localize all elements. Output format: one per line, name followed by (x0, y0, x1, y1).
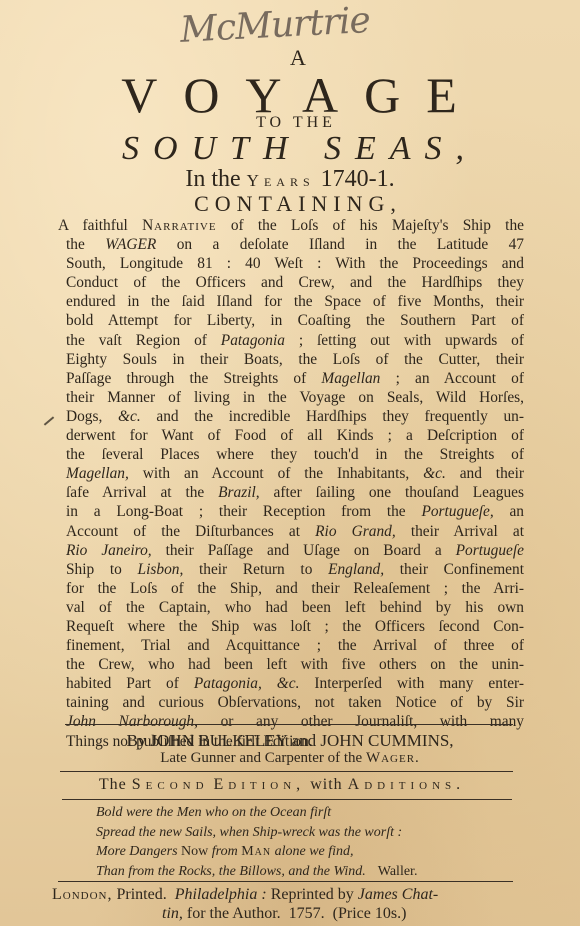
handwritten-signature: McMurtrie (179, 0, 481, 51)
author-roles-text: Late Gunner and Carpenter of the (160, 750, 362, 766)
imprint-line-2: tin, for the Author. 1757. (Price 10s.) (132, 904, 522, 923)
verse-line: Than from the Rocks, the Billows, and th… (96, 862, 516, 882)
text-segment: ſafe Arrival at the (66, 484, 218, 501)
text-segment: in a Long-Boat ; their Reception from th… (66, 503, 421, 520)
verse-fragment: alone we find, (271, 844, 353, 859)
text-segment: ; ſetting out with upwards of (285, 332, 524, 349)
text-line: endured in the ſaid Iſland for the Space… (66, 292, 524, 311)
text-segment: the (66, 236, 105, 253)
text-line: in a Long-Boat ; their Reception from th… (66, 502, 524, 521)
edition-word: Edition, (214, 776, 306, 793)
text-segment: val of the Captain, who had been left be… (66, 599, 524, 616)
verse-line: More Dangers Now from Man alone we find, (96, 842, 516, 862)
text-line: habited Part of Patagonia, &c. Interperſ… (66, 674, 524, 693)
text-line: Magellan, with an Account of the Inhabit… (66, 464, 524, 483)
pencil-mark (44, 416, 54, 425)
verse-fragment: More Dangers (96, 844, 181, 859)
text-line: the vaſt Region of Patagonia ; ſetting o… (66, 331, 524, 350)
divider-rule (62, 799, 512, 800)
verse-line: Spread the new Sails, when Ship-wreck wa… (96, 823, 516, 843)
text-segment: Lisbon, (138, 561, 184, 578)
text-segment: after ſailing one thouſand Leagues (260, 484, 524, 501)
text-line: Conduct of the Officers and Crew, and th… (66, 273, 524, 292)
text-line: the WAGER on a deſolate Iſland in the La… (66, 235, 524, 254)
text-segment: South, Longitude 81 : 40 Weſt : With the… (66, 255, 524, 272)
containing-heading: CONTAINING, (8, 191, 580, 217)
imprint-reprinted-by: Reprinted by (271, 886, 354, 903)
verse-attribution: Waller. (378, 864, 418, 879)
verse-fragment: from (208, 844, 241, 859)
text-segment: Narrative (142, 217, 217, 234)
text-segment: Patagonia (221, 332, 285, 349)
verse-fragment: Now (181, 844, 208, 859)
text-segment: their Arrival at (396, 523, 524, 540)
text-segment: on a deſolate Iſland in the Latitude 47 (156, 236, 524, 253)
text-segment: finement, Trial and Acquittance ; the Ar… (66, 637, 524, 654)
text-segment: Portugueſe (456, 542, 524, 559)
text-segment: Portugueſe, (421, 503, 493, 520)
imprint-year: 1757. (289, 905, 325, 922)
text-line: Eighty Souls in their Boats, the Loſs of… (66, 350, 524, 369)
text-segment: Brazil, (218, 484, 259, 501)
text-segment: England, (328, 561, 384, 578)
divider-rule (58, 881, 513, 882)
years-value: 1740-1. (321, 166, 395, 192)
author-roles: Late Gunner and Carpenter of the Wager. (0, 750, 580, 767)
text-segment: &c. (423, 465, 446, 482)
author-line: By JOHN BULKELEY and JOHN CUMMINS, (0, 731, 580, 751)
text-segment: their Paſſage and Uſage on Board a (152, 542, 456, 559)
edition-additions: Additions. (348, 776, 466, 793)
text-segment: the ſeveral Places where they touch'd in… (66, 446, 524, 463)
imprint-city: London, (52, 886, 113, 903)
text-segment: the Crew, who had been left with five ot… (66, 656, 524, 673)
text-segment: their Return to (183, 561, 328, 578)
epigraph-verse: Bold were the Men who on the Ocean firſt… (96, 803, 516, 881)
text-segment: and the incredible Hardſhips they freque… (141, 408, 524, 425)
text-segment: Requeſt where the Ship was loſt ; the Of… (66, 618, 524, 635)
imprint-printer: James Chat- (358, 886, 438, 903)
text-segment: Interperſed with many enter- (299, 675, 524, 692)
text-segment: Account of the Diſturbances at (66, 523, 315, 540)
text-segment: Patagonia, &c. (194, 675, 300, 692)
imprint-reprint-city: Philadelphia : (175, 886, 267, 903)
imprint-price: (Price 10s.) (333, 905, 407, 922)
title-destination: SOUTH SEAS, (10, 130, 580, 168)
imprint-for-author: for the Author. (187, 905, 281, 922)
divider-rule (65, 724, 513, 725)
text-segment: &c. (118, 408, 141, 425)
text-line: the ſeveral Places where they touch'd in… (66, 445, 524, 464)
text-line: bold Attempt for Liberty, in Coaſting th… (66, 311, 524, 330)
imprint-line-1: London, Printed. Philadelphia : Reprinte… (52, 885, 522, 904)
text-segment: Paſſage through the Streights of (66, 370, 321, 387)
text-segment: the vaſt Region of (66, 332, 221, 349)
text-segment: Dogs, (66, 408, 118, 425)
text-line: Dogs, &c. and the incredible Hardſhips t… (66, 407, 524, 426)
divider-rule (60, 771, 513, 772)
text-segment: Rio Janeiro, (66, 542, 152, 559)
text-line: Paſſage through the Streights of Magella… (66, 369, 524, 388)
text-segment: their Confinement (384, 561, 524, 578)
text-segment: Rio Grand, (315, 523, 396, 540)
text-line: John Narborough, or any other Journaliſt… (66, 712, 524, 731)
text-segment: taining and curious Obſervations, not ta… (66, 694, 524, 711)
text-segment: Magellan (321, 370, 380, 387)
text-segment: John Narborough, (66, 713, 198, 730)
text-segment: their Manner of living in the Voyage on … (66, 389, 524, 406)
text-segment: Conduct of the Officers and Crew, and th… (66, 274, 524, 291)
text-segment: ; an Account of (380, 370, 524, 387)
text-segment: endured in the ſaid Iſland for the Space… (66, 293, 524, 310)
years-prefix: In the (185, 166, 240, 192)
imprint-printer-cont: tin, (162, 905, 183, 922)
text-segment: an (494, 503, 524, 520)
text-segment: or any other Journaliſt, with many (198, 713, 524, 730)
text-line: derwent for Want of Food of all Kinds ; … (66, 426, 524, 445)
text-line: Account of the Diſturbances at Rio Grand… (66, 522, 524, 541)
text-line: ſafe Arrival at the Brazil, after ſailin… (66, 483, 524, 502)
text-segment: of the Loſs of his Majeſty's Ship the (217, 217, 524, 234)
text-segment: bold Attempt for Liberty, in Coaſting th… (66, 312, 524, 329)
edition-second: Second (132, 776, 209, 793)
title-years: In the Years 1740-1. (0, 166, 580, 193)
years-word: Years (247, 171, 315, 190)
text-line: taining and curious Obſervations, not ta… (66, 693, 524, 712)
text-line: A faithful Narrative of the Loſs of his … (58, 216, 524, 235)
text-line: finement, Trial and Acquittance ; the Ar… (66, 636, 524, 655)
edition-with: with (310, 776, 342, 793)
text-segment: and their (446, 465, 524, 482)
text-segment: Eighty Souls in their Boats, the Loſs of… (66, 351, 524, 368)
edition-statement: The Second Edition, with Additions. (0, 776, 572, 794)
text-segment: WAGER (105, 236, 156, 253)
text-line: Requeſt where the Ship was loſt ; the Of… (66, 617, 524, 636)
text-line: for the Loſs of the Ship, and their Rele… (66, 579, 524, 598)
text-line: the Crew, who had been left with five ot… (66, 655, 524, 674)
text-line: their Manner of living in the Voyage on … (66, 388, 524, 407)
imprint-printed: Printed. (117, 886, 167, 903)
text-line: val of the Captain, who had been left be… (66, 598, 524, 617)
description-paragraph: A faithful Narrative of the Loſs of his … (66, 216, 524, 751)
verse-line: Bold were the Men who on the Ocean firſt (96, 803, 516, 823)
text-line: Ship to Lisbon, their Return to England,… (66, 560, 524, 579)
ship-name: Wager. (366, 750, 420, 766)
edition-the: The (99, 776, 127, 793)
text-line: South, Longitude 81 : 40 Weſt : With the… (66, 254, 524, 273)
verse-fragment: Man (241, 844, 271, 859)
text-segment: for the Loſs of the Ship, and their Rele… (66, 580, 524, 597)
text-segment: Ship to (66, 561, 138, 578)
text-segment: A faithful (58, 217, 142, 234)
text-segment: habited Part of (66, 675, 194, 692)
text-segment: Magellan, (66, 465, 129, 482)
text-line: Rio Janeiro, their Paſſage and Uſage on … (66, 541, 524, 560)
text-segment: derwent for Want of Food of all Kinds ; … (66, 427, 524, 444)
verse-fragment: Than from the Rocks, the Billows, and th… (96, 864, 366, 879)
imprint: London, Printed. Philadelphia : Reprinte… (52, 885, 522, 923)
text-segment: with an Account of the Inhabitants, (129, 465, 423, 482)
